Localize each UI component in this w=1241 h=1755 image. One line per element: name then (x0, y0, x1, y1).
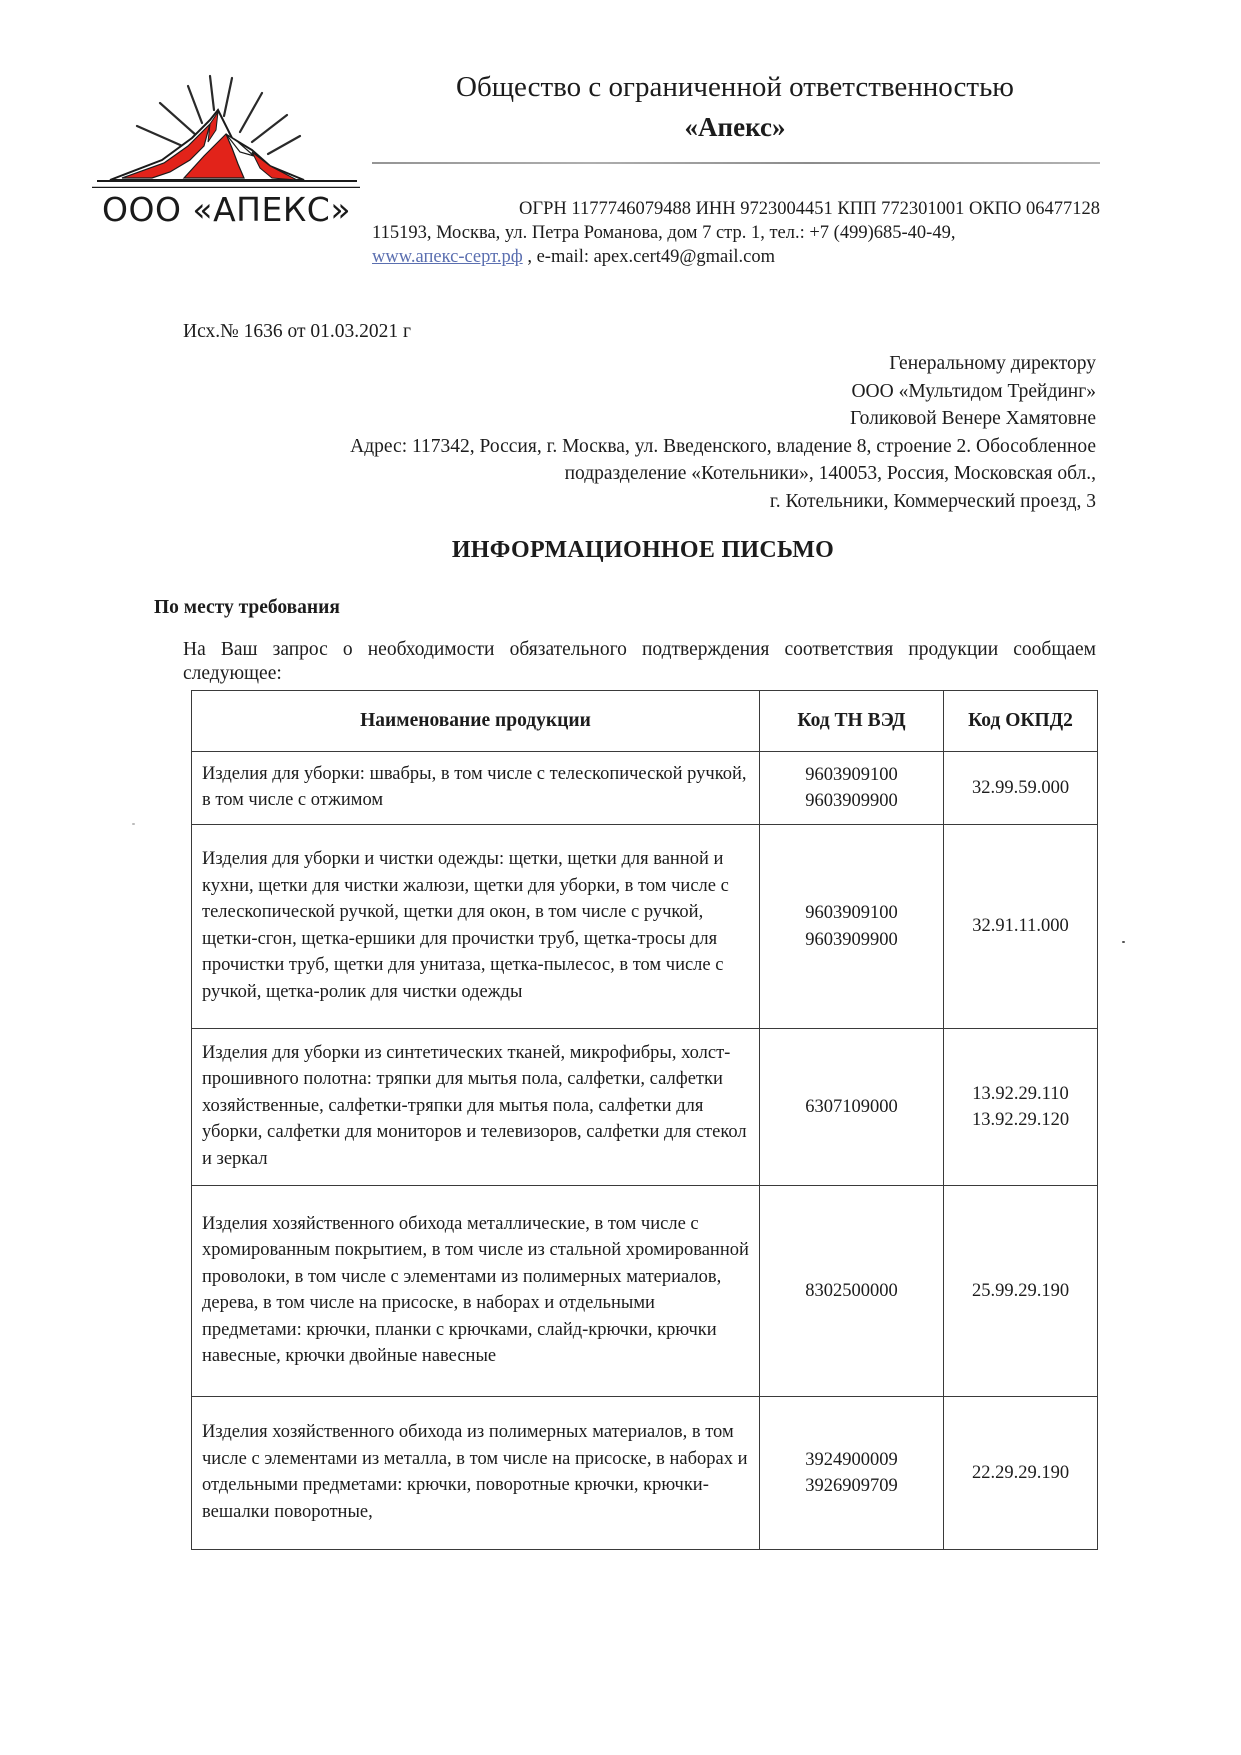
table-row: Изделия для уборки из синтетических ткан… (192, 1029, 1098, 1186)
tnved-code: 8302500000 (760, 1186, 944, 1397)
company-requisites: ОГРН 1177746079488 ИНН 9723004451 КПП 77… (372, 197, 1100, 221)
scan-speck (132, 823, 135, 825)
product-name: Изделия для уборки и чистки одежды: щетк… (192, 825, 760, 1029)
okpd2-code: 13.92.29.110 13.92.29.120 (944, 1029, 1098, 1186)
company-logo: ООО «АПЕКС» (92, 68, 362, 238)
company-address: 115193, Москва, ул. Петра Романова, дом … (372, 221, 955, 245)
logo-text: ООО «АПЕКС» (102, 190, 351, 229)
company-contacts: www.апекс-серт.рф , e-mail: apex.cert49@… (372, 245, 775, 269)
table-row: Изделия хозяйственного обихода из полиме… (192, 1397, 1098, 1550)
product-name: Изделия хозяйственного обихода металличе… (192, 1186, 760, 1397)
letter-title: ИНФОРМАЦИОННОЕ ПИСЬМО (190, 537, 1096, 564)
products-table: Наименование продукции Код ТН ВЭД Код ОК… (191, 690, 1098, 1550)
addressee-address-line-3: г. Котельники, Коммерческий проезд, 3 (190, 488, 1096, 516)
addressee-company: ООО «Мультидом Трейдинг» (190, 378, 1096, 406)
company-full-name: Общество с ограниченной ответственностью (375, 70, 1095, 104)
okpd2-code: 32.99.59.000 (944, 752, 1098, 825)
header-product-name: Наименование продукции (192, 691, 760, 752)
addressee-position: Генеральному директору (190, 350, 1096, 378)
okpd2-code: 32.91.11.000 (944, 825, 1098, 1029)
table-row: Изделия для уборки и чистки одежды: щетк… (192, 825, 1098, 1029)
tnved-code: 6307109000 (760, 1029, 944, 1186)
table-row: Изделия хозяйственного обихода металличе… (192, 1186, 1098, 1397)
addressee-person: Голиковой Венере Хамятовне (190, 405, 1096, 433)
mountain-sunburst-icon (92, 68, 362, 188)
product-name: Изделия для уборки: швабры, в том числе … (192, 752, 760, 825)
header-divider (372, 162, 1100, 164)
header-tnved-code: Код ТН ВЭД (760, 691, 944, 752)
table-row: Изделия для уборки: швабры, в том числе … (192, 752, 1098, 825)
addressee-address-line-2: подразделение «Котельники», 140053, Росс… (190, 460, 1096, 488)
company-email: , e-mail: apex.cert49@gmail.com (523, 247, 775, 267)
product-name: Изделия хозяйственного обихода из полиме… (192, 1397, 760, 1550)
addressee-address-line-1: Адрес: 117342, Россия, г. Москва, ул. Вв… (190, 433, 1096, 461)
table-header-row: Наименование продукции Код ТН ВЭД Код ОК… (192, 691, 1098, 752)
okpd2-code: 25.99.29.190 (944, 1186, 1098, 1397)
outgoing-number: Исх.№ 1636 от 01.03.2021 г (183, 320, 411, 344)
website-link[interactable]: www.апекс-серт.рф (372, 247, 523, 267)
letter-intro: На Ваш запрос о необходимости обязательн… (183, 638, 1096, 686)
header-okpd2-code: Код ОКПД2 (944, 691, 1098, 752)
addressee-block: Генеральному директору ООО «Мультидом Тр… (190, 350, 1096, 515)
tnved-code: 9603909100 9603909900 (760, 825, 944, 1029)
tnved-code: 3924900009 3926909709 (760, 1397, 944, 1550)
letter-subject: По месту требования (154, 597, 340, 619)
scan-speck (1122, 941, 1125, 943)
company-short-name: «Апекс» (375, 110, 1095, 144)
product-name: Изделия для уборки из синтетических ткан… (192, 1029, 760, 1186)
tnved-code: 9603909100 9603909900 (760, 752, 944, 825)
okpd2-code: 22.29.29.190 (944, 1397, 1098, 1550)
